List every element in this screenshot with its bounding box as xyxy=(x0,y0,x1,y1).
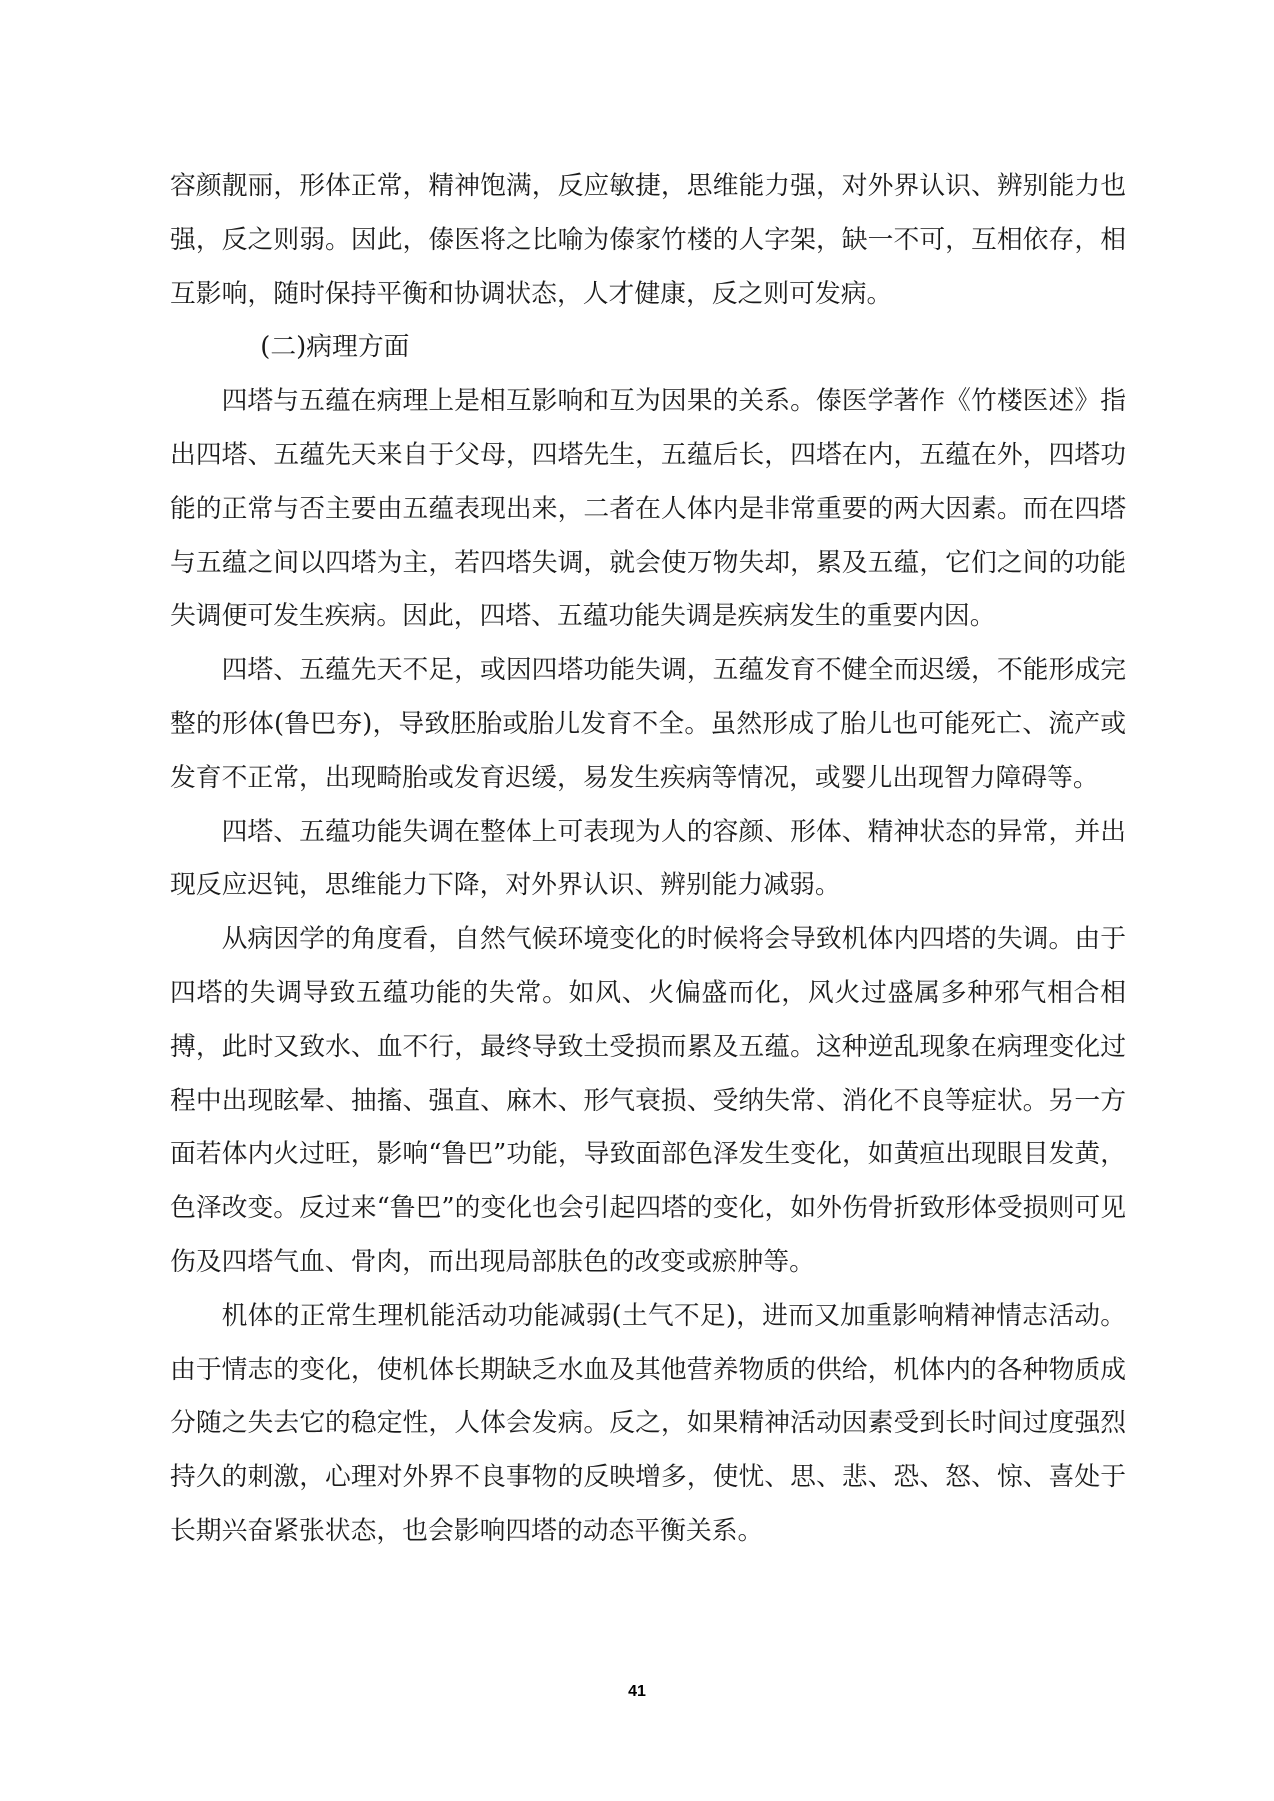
paragraph-etiology-climate: 从病因学的角度看，自然气候环境变化的时候将会导致机体内四塔的失调。由于四塔的失调… xyxy=(170,913,1126,1290)
paragraph-four-elements-five-aggregates-relation: 四塔与五蕴在病理上是相互影响和互为因果的关系。傣医学著作《竹楼医述》指出四塔、五… xyxy=(170,375,1126,644)
paragraph-congenital-deficiency: 四塔、五蕴先天不足，或因四塔功能失调，五蕴发育不健全而迟缓，不能形成完整的形体(… xyxy=(170,644,1126,805)
paragraph-emotional-factors: 机体的正常生理机能活动功能减弱(土气不足)，进而又加重影响精神情志活动。由于情志… xyxy=(170,1290,1126,1559)
document-page: 容颜靓丽，形体正常，精神饱满，反应敏捷，思维能力强，对外界认识、辨别能力也强，反… xyxy=(170,160,1126,1559)
paragraph-continuation: 容颜靓丽，形体正常，精神饱满，反应敏捷，思维能力强，对外界认识、辨别能力也强，反… xyxy=(170,160,1126,321)
paragraph-functional-disorder-manifestation: 四塔、五蕴功能失调在整体上可表现为人的容颜、形体、精神状态的异常，并出现反应迟钝… xyxy=(170,806,1126,914)
section-heading-pathology: (二)病理方面 xyxy=(170,321,1126,375)
page-number: 41 xyxy=(0,1683,1274,1701)
